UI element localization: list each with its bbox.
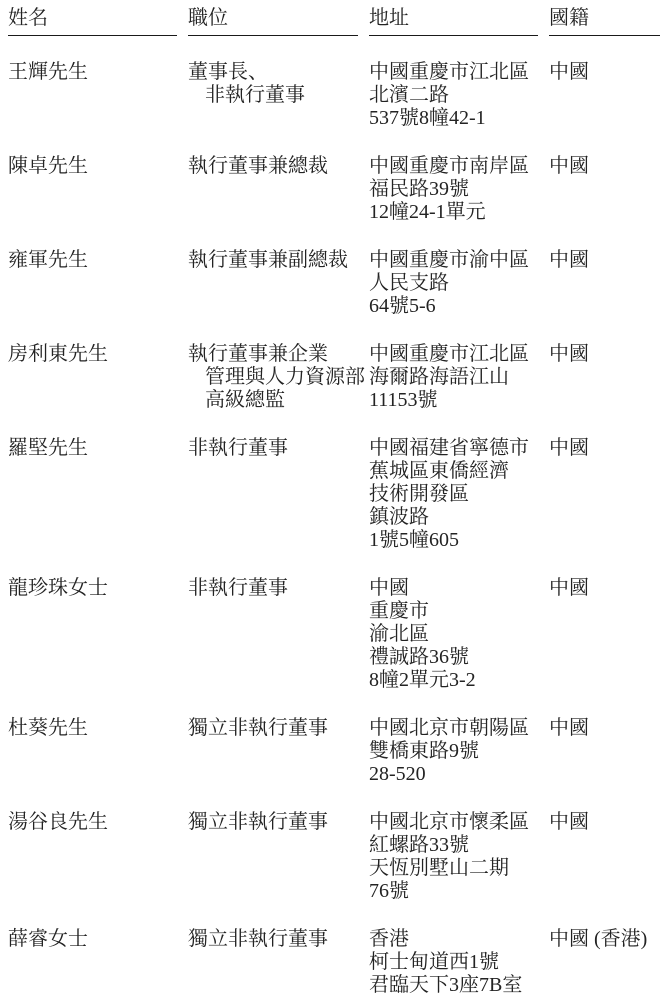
address-line: 技術開發區 [369,483,549,506]
address-line: 紅螺路33號 [369,834,549,857]
column-header-position: 職位 [188,7,358,36]
director-row: 房利東先生執行董事兼企業管理與人力資源部高級總監中國重慶市江北區海爾路海語江山1… [8,318,660,412]
director-name: 杜葵先生 [8,717,188,740]
address-line: 中國北京市朝陽區 [369,717,549,740]
director-position-cell: 執行董事兼總裁 [188,130,369,224]
position-line: 非執行董事 [188,84,369,107]
directors-page: 姓名 職位 地址 國籍 王輝先生董事長、非執行董事中國重慶市江北區北濱二路537… [0,0,660,997]
address-line: 君臨天下3座7B室 [369,974,549,997]
director-name: 雍軍先生 [8,249,188,272]
director-nationality-cell: 中國 [549,786,660,903]
nationality: 中國 [549,437,660,460]
director-row: 雍軍先生執行董事兼副總裁中國重慶市渝中區人民支路64號5-6中國 [8,224,660,318]
address-line: 28-520 [369,763,549,786]
address-line: 蕉城區東僑經濟 [369,460,549,483]
director-name-cell: 龍珍珠女士 [8,552,188,692]
director-position-cell: 非執行董事 [188,412,369,552]
director-position-cell: 獨立非執行董事 [188,692,369,786]
address-line: 雙橋東路9號 [369,740,549,763]
director-position-cell: 執行董事兼副總裁 [188,224,369,318]
position-line: 執行董事兼副總裁 [188,249,369,272]
director-nationality-cell: 中國 [549,318,660,412]
nationality: 中國 [549,155,660,178]
address-line: 中國重慶市江北區 [369,61,549,84]
address-line: 中國重慶市南岸區 [369,155,549,178]
director-name-cell: 薛睿女士 [8,903,188,997]
address-line: 禮誠路36號 [369,646,549,669]
nationality: 中國 [549,61,660,84]
address-line: 76號 [369,880,549,903]
director-address-cell: 中國北京市懷柔區紅螺路33號天恆別墅山二期76號 [369,786,549,903]
nationality: 中國 [549,249,660,272]
director-position-cell: 非執行董事 [188,552,369,692]
director-row: 杜葵先生獨立非執行董事中國北京市朝陽區雙橋東路9號28-520中國 [8,692,660,786]
director-address-cell: 中國重慶市江北區海爾路海語江山11153號 [369,318,549,412]
address-line: 中國北京市懷柔區 [369,811,549,834]
director-row: 龍珍珠女士非執行董事中國重慶市渝北區禮誠路36號8幢2單元3-2中國 [8,552,660,692]
director-name: 薛睿女士 [8,928,188,951]
address-line: 福民路39號 [369,178,549,201]
director-address-cell: 中國福建省寧德市蕉城區東僑經濟技術開發區鎮波路1號5幢605 [369,412,549,552]
address-line: 537號8幢42-1 [369,107,549,130]
director-nationality-cell: 中國 [549,130,660,224]
nationality: 中國 [549,717,660,740]
address-line: 人民支路 [369,272,549,295]
nationality: 中國 [549,343,660,366]
position-line: 執行董事兼總裁 [188,155,369,178]
address-line: 11153號 [369,389,549,412]
director-name: 湯谷良先生 [8,811,188,834]
nationality: 中國 (香港) [549,928,660,951]
column-header-address: 地址 [369,7,538,36]
director-name-cell: 湯谷良先生 [8,786,188,903]
director-name-cell: 羅堅先生 [8,412,188,552]
director-row: 王輝先生董事長、非執行董事中國重慶市江北區北濱二路537號8幢42-1中國 [8,36,660,130]
nationality: 中國 [549,811,660,834]
director-name: 王輝先生 [8,61,188,84]
director-position-cell: 獨立非執行董事 [188,903,369,997]
address-line: 中國重慶市渝中區 [369,249,549,272]
director-row: 薛睿女士獨立非執行董事香港柯士甸道西1號君臨天下3座7B室中國 (香港) [8,903,660,997]
address-line: 8幢2單元3-2 [369,669,549,692]
position-line: 非執行董事 [188,437,369,460]
director-name: 房利東先生 [8,343,188,366]
nationality: 中國 [549,577,660,600]
director-name: 陳卓先生 [8,155,188,178]
director-position-cell: 董事長、非執行董事 [188,36,369,130]
director-name-cell: 雍軍先生 [8,224,188,318]
position-line: 獨立非執行董事 [188,811,369,834]
address-line: 香港 [369,928,549,951]
header-row: 姓名 職位 地址 國籍 [8,7,660,36]
director-address-cell: 中國重慶市江北區北濱二路537號8幢42-1 [369,36,549,130]
position-line: 獨立非執行董事 [188,928,369,951]
director-address-cell: 中國北京市朝陽區雙橋東路9號28-520 [369,692,549,786]
director-name-cell: 杜葵先生 [8,692,188,786]
director-address-cell: 中國重慶市南岸區福民路39號12幢24-1單元 [369,130,549,224]
director-address-cell: 香港柯士甸道西1號君臨天下3座7B室 [369,903,549,997]
column-header-nationality: 國籍 [549,7,660,36]
director-nationality-cell: 中國 [549,692,660,786]
address-line: 渝北區 [369,623,549,646]
position-line: 管理與人力資源部 [188,366,369,389]
position-line: 董事長、 [188,61,369,84]
address-line: 1號5幢605 [369,529,549,552]
director-name: 羅堅先生 [8,437,188,460]
address-line: 北濱二路 [369,84,549,107]
director-position-cell: 執行董事兼企業管理與人力資源部高級總監 [188,318,369,412]
address-line: 柯士甸道西1號 [369,951,549,974]
director-name-cell: 陳卓先生 [8,130,188,224]
director-name-cell: 王輝先生 [8,36,188,130]
position-line: 高級總監 [188,389,369,412]
director-row: 陳卓先生執行董事兼總裁中國重慶市南岸區福民路39號12幢24-1單元中國 [8,130,660,224]
address-line: 天恆別墅山二期 [369,857,549,880]
address-line: 12幢24-1單元 [369,201,549,224]
director-nationality-cell: 中國 [549,224,660,318]
director-name-cell: 房利東先生 [8,318,188,412]
director-row: 湯谷良先生獨立非執行董事中國北京市懷柔區紅螺路33號天恆別墅山二期76號中國 [8,786,660,903]
column-header-name: 姓名 [8,7,177,36]
address-line: 鎮波路 [369,506,549,529]
address-line: 海爾路海語江山 [369,366,549,389]
address-line: 重慶市 [369,600,549,623]
director-nationality-cell: 中國 (香港) [549,903,660,997]
director-position-cell: 獨立非執行董事 [188,786,369,903]
director-row: 羅堅先生非執行董事中國福建省寧德市蕉城區東僑經濟技術開發區鎮波路1號5幢605中… [8,412,660,552]
director-address-cell: 中國重慶市渝北區禮誠路36號8幢2單元3-2 [369,552,549,692]
director-address-cell: 中國重慶市渝中區人民支路64號5-6 [369,224,549,318]
address-line: 中國福建省寧德市 [369,437,549,460]
position-line: 獨立非執行董事 [188,717,369,740]
directors-table: 姓名 職位 地址 國籍 王輝先生董事長、非執行董事中國重慶市江北區北濱二路537… [8,7,660,997]
director-nationality-cell: 中國 [549,36,660,130]
director-name: 龍珍珠女士 [8,577,188,600]
position-line: 非執行董事 [188,577,369,600]
address-line: 64號5-6 [369,295,549,318]
position-line: 執行董事兼企業 [188,343,369,366]
director-nationality-cell: 中國 [549,412,660,552]
address-line: 中國 [369,577,549,600]
director-nationality-cell: 中國 [549,552,660,692]
address-line: 中國重慶市江北區 [369,343,549,366]
